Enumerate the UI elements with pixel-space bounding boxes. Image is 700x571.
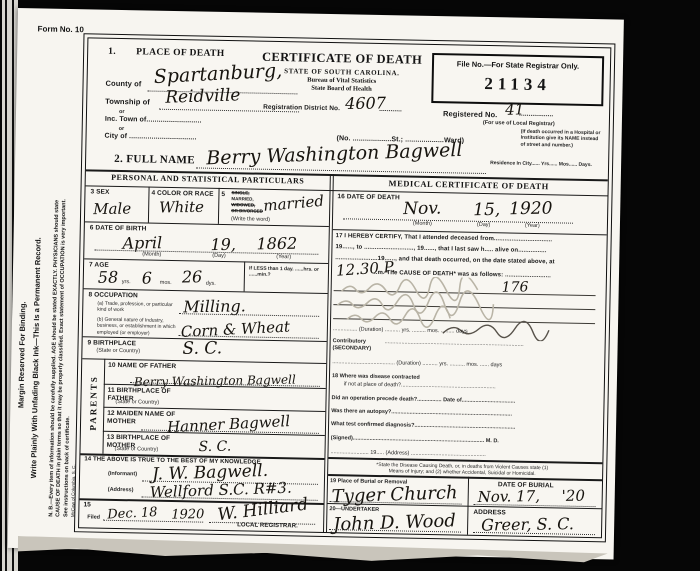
marital-word-list: SINGLE, MARRIED, WIDOWED, OR DIVORCED [231,190,263,214]
registered-no-label: Registered No. [443,109,498,119]
duration-line-2: ........................................… [332,359,594,371]
birthplace-value: S. C. [182,340,222,358]
contributory-dots: ........................................… [385,339,524,348]
certificate-title-block: CERTIFICATE OF DEATH STATE OF SOUTH CARO… [257,50,426,94]
occupation-a-label: (a) Trade, profession, or particular kin… [97,301,179,315]
registration-district-dots: ............ [379,106,402,114]
question-18-line-1: 18 Where was disease contracted [332,373,420,381]
age-months-value: 6 [142,270,152,286]
full-name-label: 2. FULL NAME [114,153,195,168]
dod-month-value: Nov. [403,200,441,218]
certificate-paper: Form No. 10 Margin Reserved For Binding.… [8,8,624,560]
binding-line [5,0,7,571]
date-of-death-label: 16 DATE OF DEATH [337,193,400,202]
parents-label: PARENTS [88,375,99,431]
certificate-form: 1. PLACE OF DEATH County of Spartanburg,… [78,37,611,538]
scanned-death-certificate: Form No. 10 Margin Reserved For Binding.… [0,0,700,571]
dod-year-value: 1920 [509,201,553,219]
year-caption: (Year) [276,254,291,261]
mother-birthplace-sub: (State or Country) [114,446,158,453]
margin-nb-notice: N. B.—Every item of information should b… [48,199,83,517]
certify-line-1: 17 I HEREBY CERTIFY, That I attended dec… [336,233,600,245]
day-caption: (Day) [212,253,226,260]
or-label: or [119,126,125,133]
filed-number: 15 [83,501,91,509]
place-of-death-heading: PLACE OF DEATH [136,47,225,60]
marital-value: married [263,194,325,214]
age-days-value: 26 [182,269,203,285]
mother-birthplace-value: S. C. [199,440,232,455]
age-years-caption: yrs. [122,279,131,286]
month-caption: (Month) [142,251,161,258]
marital-number: 5 [221,191,225,199]
occupation-label: 8 OCCUPATION [88,291,137,300]
race-value: White [159,200,204,216]
father-birthplace-sub: (State or Country) [115,399,159,406]
cell-divider [218,188,220,224]
margin-binding-notice: Margin Reserved For Binding. [16,301,27,408]
section-1-number: 1. [108,47,116,59]
dob-year-value: 1862 [256,236,297,253]
registered-no-dots: .................. [519,111,553,119]
certify-line-2: 19......, to ...........................… [335,244,599,256]
father-name-label: 10 NAME OF FATHER [108,362,178,371]
age-days-caption: dys. [206,281,216,288]
cell-divider [244,261,246,291]
informant-caption: (Informant) [108,471,137,478]
test-line: What test confirmed diagnosis?..........… [331,421,593,433]
hospital-note: (If death occurred in a Hospital or Inst… [520,129,600,149]
dotted-rule [179,312,319,317]
secondary-label: (SECONDARY) [332,345,371,352]
sex-value: Male [93,202,131,218]
form-number: Form No. 10 [38,24,84,34]
sex-label: 3 SEX [90,188,109,196]
margin-ink-notice: Write Plainly With Unfading Black Ink—Th… [29,237,43,478]
dod-day-value: 15, [473,202,500,219]
dob-label: 6 DATE OF BIRTH [90,224,147,233]
rule [84,258,328,264]
age-months-caption: mos. [160,280,172,287]
operation-line: Did an operation precede death?.........… [332,395,594,407]
filed-label: Filed [87,514,100,521]
local-registrar-caption: LOCAL REGISTRAR. [237,522,298,530]
marital-hint: (Write the word) [231,216,270,223]
month-caption: (Month) [413,221,432,228]
inc-town-label: Inc. Town of........................... [105,116,202,126]
file-box-title: File No.—For State Registrar Only. [434,59,602,71]
year-caption: (Year) [525,223,540,230]
day-caption: (Day) [477,222,491,229]
or-label: or [119,109,125,116]
local-use-note: (For use of Local Registrar) [483,120,555,128]
age-less-note: If LESS than 1 day. ......hrs. or ......… [249,265,321,279]
marital-word-divorced: OR DIVORCED [231,208,263,214]
informant-address-caption: (Address) [108,487,134,494]
birthplace-label: 9 BIRTHPLACE [88,339,137,348]
birthplace-sub: (State or Country) [96,348,140,355]
file-number: 21134 [433,73,601,96]
county-label: County of [105,79,141,89]
age-years-value: 58 [98,270,119,286]
certificate-title: CERTIFICATE OF DEATH [258,50,426,68]
autopsy-line: Was there an autopsy?...................… [331,408,593,420]
city-label: City of ................................… [104,133,196,143]
township-value: Reidville [165,87,241,106]
registration-district-label: Registration District No. [263,104,340,113]
occupation-b-label: (b) General nature of Industry, business… [97,317,183,337]
full-name-value: Berry Washington Bagwell [206,141,463,168]
question-18-line-2: if not at place of death?...............… [344,381,594,392]
file-number-box: File No.—For State Registrar Only. 21134 [431,53,604,106]
residence-note: Residence In City...... Yrs...... Mos...… [490,160,602,168]
signed-line: (Signed)................................… [331,435,593,447]
township-label: Township of [105,97,150,107]
dotted-rule [473,531,595,535]
cell-divider [148,187,150,223]
burial-date-year: '20 [562,489,585,504]
